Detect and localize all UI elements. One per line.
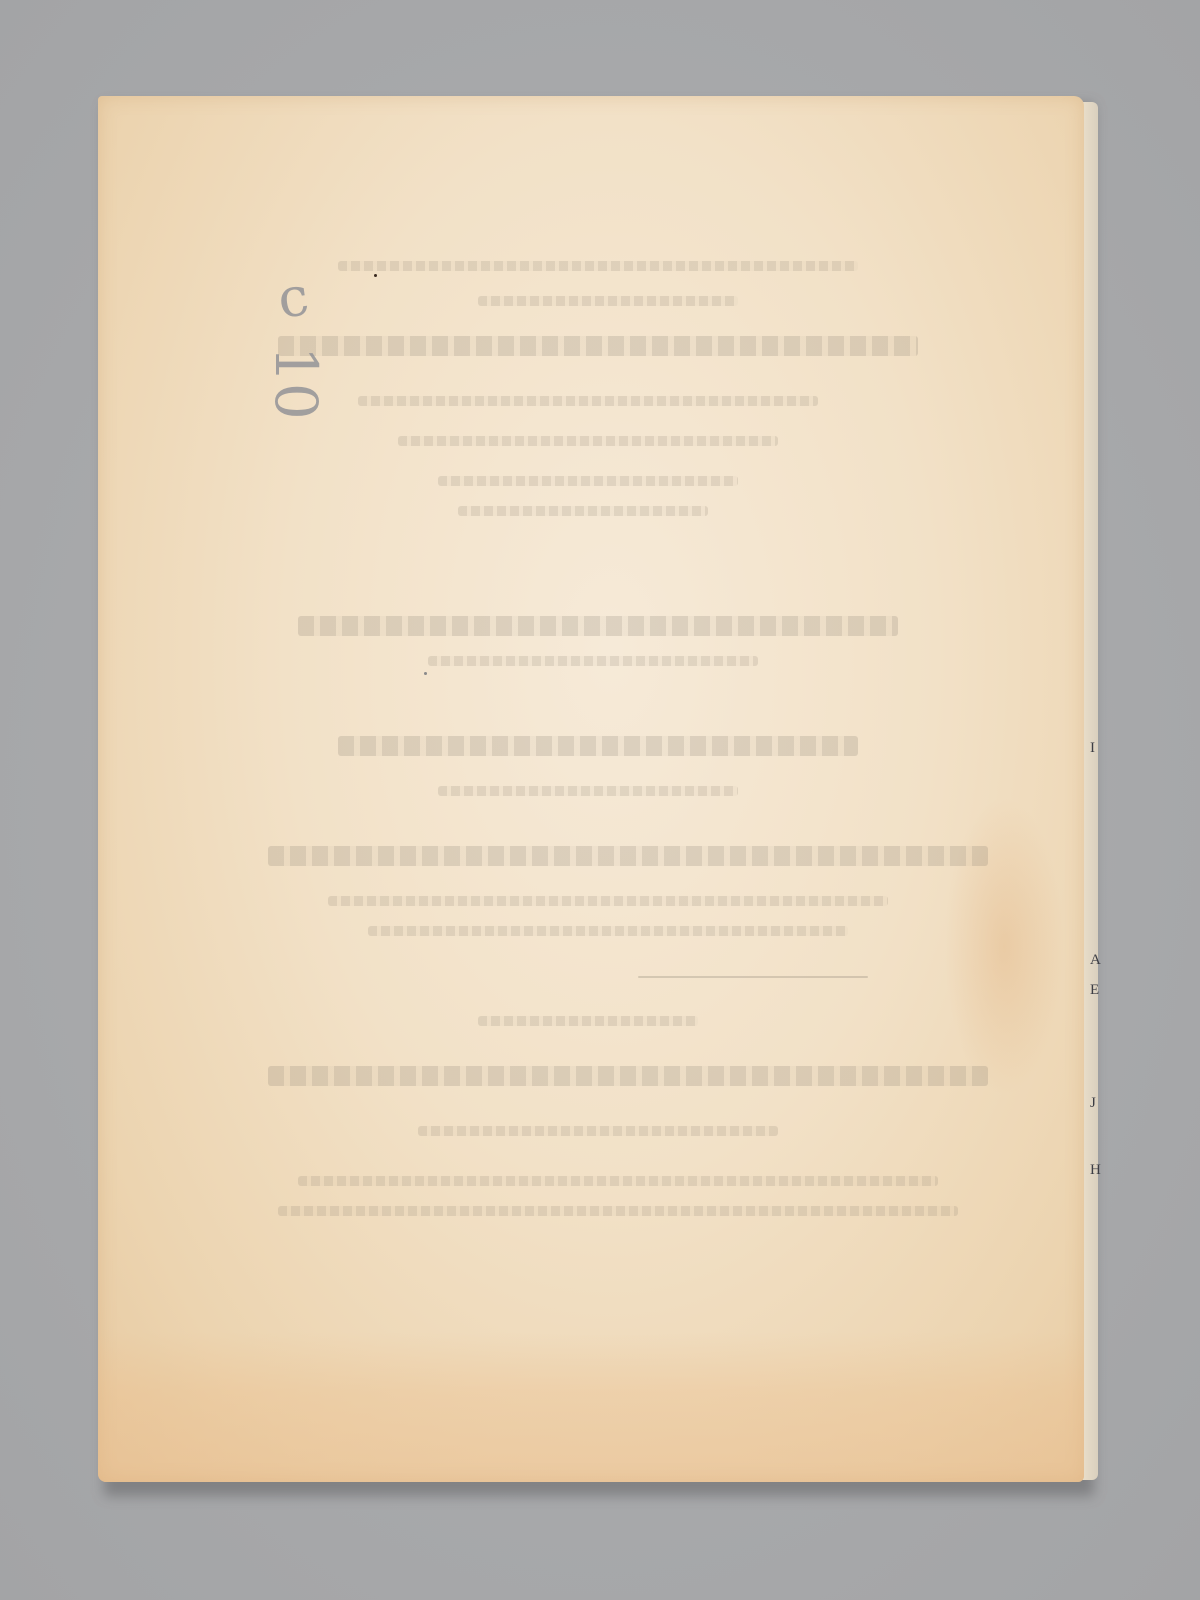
ghost-line [298, 1176, 938, 1186]
ghost-line [438, 786, 738, 796]
ghost-line [278, 1206, 958, 1216]
next-page-edge-letters: I A E J H [1090, 700, 1110, 1300]
ghost-line [478, 1016, 698, 1026]
ghost-line [338, 736, 858, 756]
ghost-line [268, 1066, 988, 1086]
book-back-cover: c 10 [98, 96, 1084, 1482]
ghost-line [458, 506, 708, 516]
ghost-line [418, 1126, 778, 1136]
ghost-line [268, 846, 988, 866]
ghost-line [338, 261, 858, 271]
edge-letter: E [1090, 982, 1099, 999]
ghost-line [438, 476, 738, 486]
ghost-line [328, 896, 888, 906]
edge-letter: A [1090, 952, 1101, 969]
pencil-letter: c [274, 264, 313, 331]
ghost-line [358, 396, 818, 406]
ghost-line [398, 436, 778, 446]
ghost-line [278, 336, 918, 356]
ghost-line [428, 656, 758, 666]
pencil-number: 10 [262, 346, 330, 420]
edge-letter: H [1090, 1162, 1101, 1179]
ghost-line [298, 616, 898, 636]
show-through-text [98, 96, 1084, 1482]
pencil-annotation: c 10 [258, 266, 358, 436]
photo-scene: c 10 I A E J H [0, 0, 1200, 1600]
edge-letter: J [1090, 1095, 1096, 1112]
ink-fleck [374, 274, 377, 277]
ghost-rule [638, 976, 868, 978]
ghost-line [368, 926, 848, 936]
ink-fleck [424, 672, 427, 675]
edge-letter: I [1090, 740, 1095, 757]
ghost-line [478, 296, 738, 306]
